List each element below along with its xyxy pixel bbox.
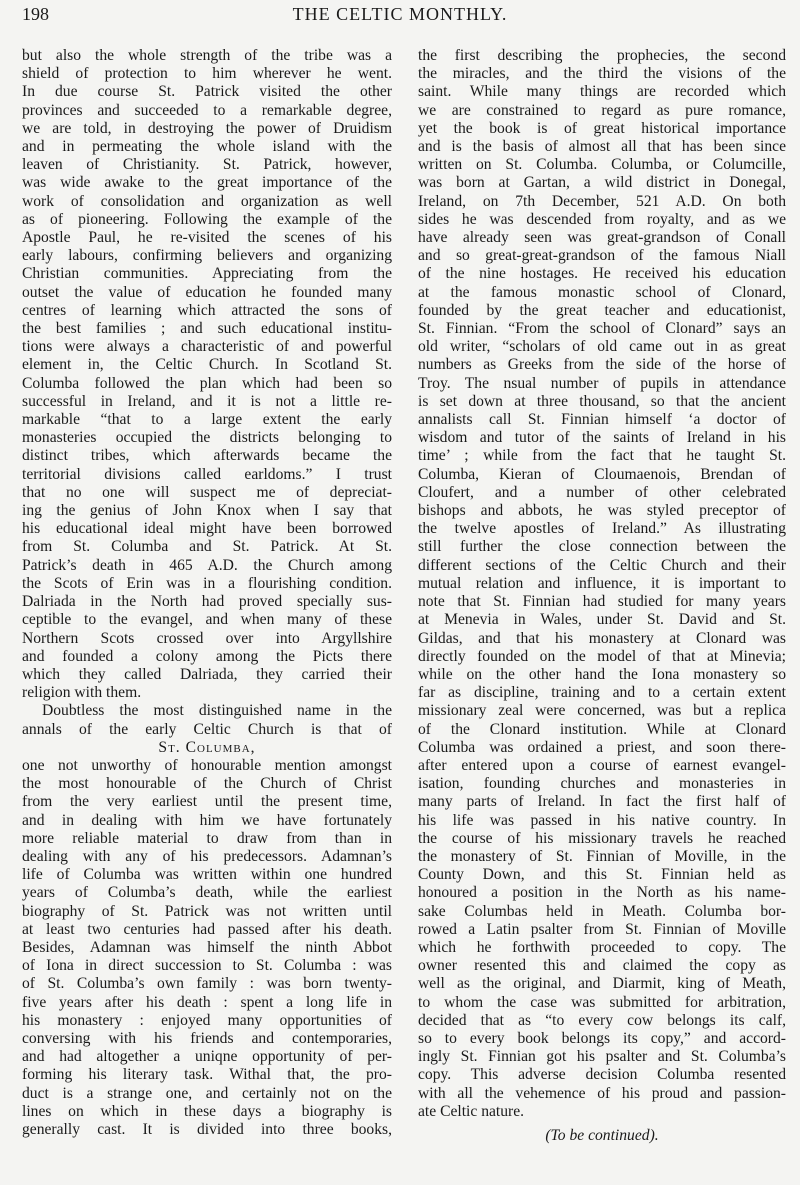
text-line: County Down, and this St. Finnian held a… — [418, 866, 786, 884]
text-line: and is the basis of almost all that has … — [418, 138, 786, 156]
text-line: Ireland, on 7th December, 521 A.D. On bo… — [418, 193, 786, 211]
text-line: and so great-great-grandson of the famou… — [418, 247, 786, 265]
text-line: ate Celtic nature. — [418, 1103, 786, 1121]
text-line: from the very earliest until the present… — [22, 793, 392, 811]
text-line: more reliable material to draw from than… — [22, 830, 392, 848]
text-line: is set down at three thousand, so that t… — [418, 393, 786, 411]
text-line: the miracles, and the third the visions … — [418, 65, 786, 83]
text-line: element in, the Celtic Church. In Scotla… — [22, 356, 392, 374]
text-line: of St. Columba’s own family : was born t… — [22, 975, 392, 993]
text-line: to whom the case was submitted for arbit… — [418, 994, 786, 1012]
text-line: decided that as “to every cow belongs it… — [418, 1012, 786, 1030]
text-line: we are constrained to regard as pure rom… — [418, 102, 786, 120]
text-line: the monastery of St. Finnian of Moville,… — [418, 848, 786, 866]
text-line: the best families ; and such educational… — [22, 320, 392, 338]
right-column: the first describing the prophecies, the… — [418, 47, 786, 1145]
text-line: after entered upon a course of earnest e… — [418, 757, 786, 775]
text-line: Dalriada in the North had proved special… — [22, 593, 392, 611]
text-line: five years after his death : spent a lon… — [22, 994, 392, 1012]
text-line: which he forthwith proceeded to copy. Th… — [418, 939, 786, 957]
text-line: religion with them. — [22, 684, 392, 702]
text-line: we are told, in destroying the power of … — [22, 120, 392, 138]
text-line: Doubtless the most distinguished name in… — [22, 702, 392, 720]
text-line: written on St. Columba. Columba, or Colu… — [418, 156, 786, 174]
paragraph-3-continued: the first describing the prophecies, the… — [418, 47, 786, 1121]
text-line: early labours, confirming believers and … — [22, 247, 392, 265]
text-line: as of pioneering. Following the example … — [22, 211, 392, 229]
section-heading: St. Columba, — [22, 739, 392, 757]
body-columns: but also the whole strength of the tribe… — [22, 47, 792, 1145]
text-line: provinces and succeeded to a remarkable … — [22, 102, 392, 120]
text-line: ing the genius of John Knox when I say t… — [22, 502, 392, 520]
text-line: duct is a strange one, and certainly not… — [22, 1085, 392, 1103]
text-line: Gildas, and that his monastery at Clonar… — [418, 630, 786, 648]
text-line: rowed a Latin psalter from St. Finnian o… — [418, 921, 786, 939]
text-line: Columba, Kieran of Cloumaenois, Brendan … — [418, 466, 786, 484]
text-line: well as the original, and Diarmit, king … — [418, 975, 786, 993]
text-line: so to every book belongs its copy,” and … — [418, 1030, 786, 1048]
paragraph-3: one not unworthy of honourable mention a… — [22, 757, 392, 1139]
text-line: with all the vehemence of his proud and … — [418, 1085, 786, 1103]
text-line: note that St. Finnian had studied for ma… — [418, 593, 786, 611]
text-line: lines on which in these days a biography… — [22, 1103, 392, 1121]
text-line: at least two centuries had passed after … — [22, 921, 392, 939]
text-line: annals of the early Celtic Church is tha… — [22, 721, 392, 739]
text-line: outset the value of education he founded… — [22, 284, 392, 302]
text-line: mutual relation and influence, it is imp… — [418, 575, 786, 593]
text-line: Northern Scots crossed over into Argylls… — [22, 630, 392, 648]
text-line: was born at Gartan, a wild district in D… — [418, 174, 786, 192]
text-line: his life was passed in his native countr… — [418, 812, 786, 830]
text-line: time’ ; while from the fact that he taug… — [418, 447, 786, 465]
text-line: old writer, “scholars of old came out in… — [418, 338, 786, 356]
text-line: different sections of the Celtic Church … — [418, 557, 786, 575]
text-line: numbers as Greeks from the side of the h… — [418, 356, 786, 374]
text-line: but also the whole strength of the tribe… — [22, 47, 392, 65]
text-line: work of consolidation and organization a… — [22, 193, 392, 211]
document-page: 198 THE CELTIC MONTHLY. but also the who… — [0, 0, 800, 1185]
text-line: directly founded on the model of that at… — [418, 648, 786, 666]
text-line: tions were always a characteristic of an… — [22, 338, 392, 356]
text-line: dealing with any of his predecessors. Ad… — [22, 848, 392, 866]
text-line: and in dealing with him we have fortunat… — [22, 812, 392, 830]
text-line: life of Columba was written within one h… — [22, 866, 392, 884]
running-title: THE CELTIC MONTHLY. — [22, 4, 778, 25]
text-line: while on the other hand the Iona monaste… — [418, 666, 786, 684]
text-line: copy. This adverse decision Columba rese… — [418, 1066, 786, 1084]
to-be-continued-note: (To be continued). — [418, 1127, 786, 1145]
text-line: was wide awake to the great importance o… — [22, 174, 392, 192]
text-line: founded by the great teacher and educati… — [418, 302, 786, 320]
text-line: bishops and abbots, he was styled precep… — [418, 502, 786, 520]
text-line: of Iona in direct succession to St. Colu… — [22, 957, 392, 975]
text-line: isation, founding churches and monasteri… — [418, 775, 786, 793]
text-line: monasteries occupied the districts belon… — [22, 429, 392, 447]
text-line: ingly St. Finnian got his psalter and St… — [418, 1048, 786, 1066]
text-line: markable “that to a large extent the ear… — [22, 411, 392, 429]
text-line: Apostle Paul, he re-visited the scenes o… — [22, 229, 392, 247]
text-line: sake Columbas held in Meath. Columba bor… — [418, 903, 786, 921]
text-line: shield of protection to him wherever he … — [22, 65, 392, 83]
text-line: successful in Ireland, and it is not a l… — [22, 393, 392, 411]
text-line: his educational ideal might have been bo… — [22, 520, 392, 538]
text-line: the course of his missionary travels he … — [418, 830, 786, 848]
text-line: years of Columba’s death, while the earl… — [22, 884, 392, 902]
text-line: have already seen was great-grandson of … — [418, 229, 786, 247]
text-line: Besides, Adamnan was himself the ninth A… — [22, 939, 392, 957]
text-line: biography of St. Patrick was not written… — [22, 903, 392, 921]
text-line: saint. While many things are recorded wh… — [418, 83, 786, 101]
text-line: Patrick’s death in 465 A.D. the Church a… — [22, 557, 392, 575]
text-line: and had altogether a uniqne opportunity … — [22, 1048, 392, 1066]
text-line: at Menevia in Wales, under St. David and… — [418, 611, 786, 629]
text-line: which they called Dalriada, they carried… — [22, 666, 392, 684]
text-line: and founded a colony among the Picts the… — [22, 648, 392, 666]
text-line: his monastery : enjoyed many opportuniti… — [22, 1012, 392, 1030]
text-line: Cloufert, and a number of other celebrat… — [418, 484, 786, 502]
text-line: yet the book is of great historical impo… — [418, 120, 786, 138]
text-line: Columba was ordained a priest, and soon … — [418, 739, 786, 757]
text-line: the Scots of Erin was in a flourishing c… — [22, 575, 392, 593]
text-line: that no one will suspect me of depreciat… — [22, 484, 392, 502]
page-header: 198 THE CELTIC MONTHLY. — [22, 4, 778, 30]
text-line: Columba followed the plan which had been… — [22, 375, 392, 393]
text-line: generally cast. It is divided into three… — [22, 1121, 392, 1139]
text-line: St. Finnian. “From the school of Clonard… — [418, 320, 786, 338]
text-line: centres of learning which attracted the … — [22, 302, 392, 320]
text-line: annalists call St. Finnian himself ‘a do… — [418, 411, 786, 429]
text-line: In due course St. Patrick visited the ot… — [22, 83, 392, 101]
text-line: the first describing the prophecies, the… — [418, 47, 786, 65]
text-line: honoured a position in the North as his … — [418, 884, 786, 902]
text-line: wisdom and tutor of the saints of Irelan… — [418, 429, 786, 447]
left-column: but also the whole strength of the tribe… — [22, 47, 392, 1145]
text-line: Christian communities. Appreciating from… — [22, 265, 392, 283]
text-line: leaven of Christianity. St. Patrick, how… — [22, 156, 392, 174]
text-line: owner resented this and claimed the copy… — [418, 957, 786, 975]
text-line: the twelve apostles of Ireland.” As illu… — [418, 520, 786, 538]
text-line: forming his literary task. Withal that, … — [22, 1066, 392, 1084]
text-line: still further the close connection betwe… — [418, 538, 786, 556]
text-line: and in permeating the whole island with … — [22, 138, 392, 156]
text-line: of the Clonard institution. While at Clo… — [418, 721, 786, 739]
text-line: at the famous monastic school of Clonard… — [418, 284, 786, 302]
text-line: ceptible to the evangel, and when many o… — [22, 611, 392, 629]
paragraph-1: but also the whole strength of the tribe… — [22, 47, 392, 702]
text-line: distinct tribes, which afterwards became… — [22, 447, 392, 465]
text-line: the most honourable of the Church of Chr… — [22, 775, 392, 793]
text-line: conversing with his friends and contempo… — [22, 1030, 392, 1048]
text-line: one not unworthy of honourable mention a… — [22, 757, 392, 775]
text-line: territorial divisions called earldoms.” … — [22, 466, 392, 484]
text-line: from St. Columba and St. Patrick. At St. — [22, 538, 392, 556]
text-line: of the nine hostages. He received his ed… — [418, 265, 786, 283]
text-line: Troy. The nsual number of pupils in atte… — [418, 375, 786, 393]
text-line: many parts of Ireland. In fact the first… — [418, 793, 786, 811]
text-line: missionary zeal were concerned, was but … — [418, 702, 786, 720]
paragraph-2: Doubtless the most distinguished name in… — [22, 702, 392, 738]
text-line: far as discipline, training and to a cer… — [418, 684, 786, 702]
text-line: sides he was descended from royalty, and… — [418, 211, 786, 229]
